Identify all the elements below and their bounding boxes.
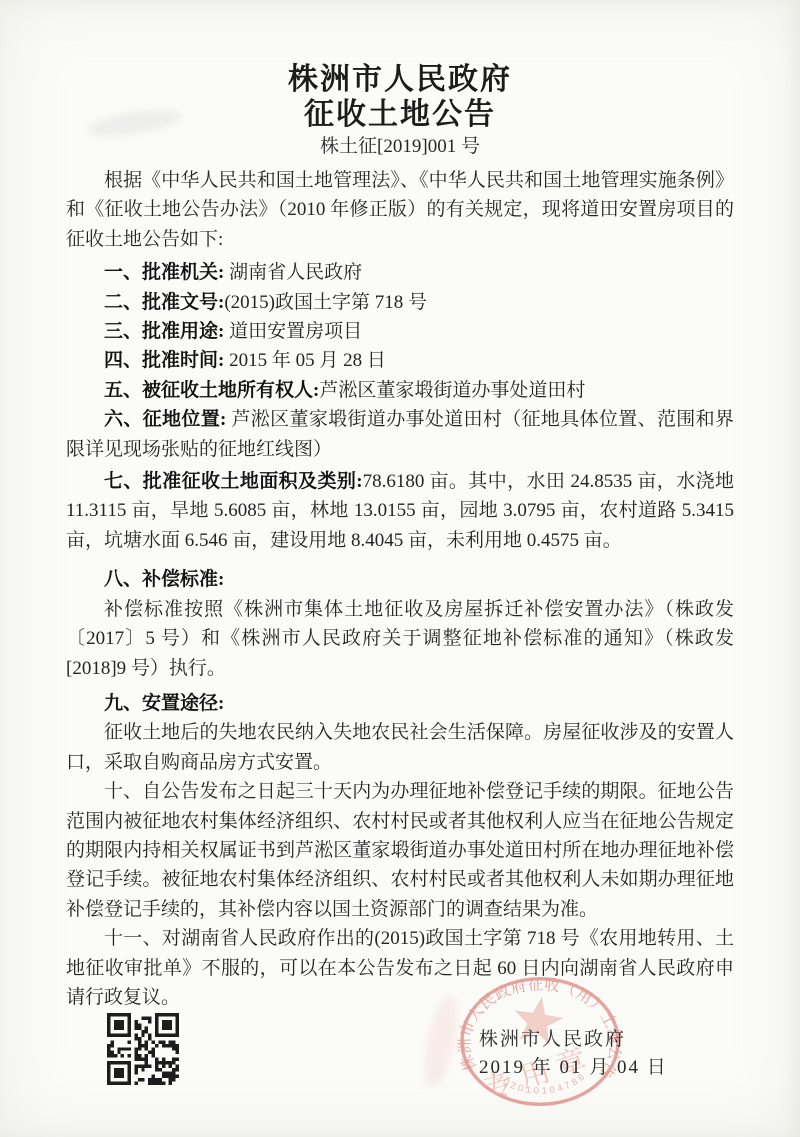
- announcement-item-6: 六、征地位置: 芦淞区董家塅街道办事处道田村（征地具体位置、范围和界限详见现场张…: [66, 405, 734, 464]
- item-label: 七、批准征收土地面积及类别:: [104, 471, 363, 492]
- document-page: 株洲市人民政府 征收土地公告 株土征[2019]001 号 根据《中华人民共和国…: [0, 0, 800, 1137]
- announcement-item-4: 四、批准时间: 2015 年 05 月 28 日: [66, 346, 734, 375]
- intro-paragraph: 根据《中华人民共和国土地管理法》、《中华人民共和国土地管理实施条例》和《征收土地…: [66, 166, 734, 254]
- item-text: 补偿标准按照《株洲市集体土地征收及房屋拆迁补偿安置办法》（株政发〔2017〕5 …: [66, 599, 734, 679]
- item-text: 湖南省人民政府: [229, 262, 362, 283]
- announcement-item-10: 十、自公告发布之日起三十天内为办理征地补偿登记手续的期限。征地公告范围内被征地农…: [66, 777, 734, 924]
- signature-block: 株洲市人民政府 2019 年 01 月 04 日: [479, 1026, 668, 1082]
- document-body: 株洲市人民政府 征收土地公告 株土征[2019]001 号 根据《中华人民共和国…: [66, 0, 734, 1012]
- item-text: 芦淞区董家塅街道办事处道田村: [319, 380, 585, 401]
- announcement-item-5: 五、被征收土地所有权人:芦淞区董家塅街道办事处道田村: [66, 376, 734, 405]
- item-label: 六、征地位置:: [104, 409, 231, 430]
- announcement-item-7: 七、批准征收土地面积及类别:78.6180 亩。其中，水田 24.8535 亩，…: [66, 467, 734, 555]
- item-label: 二、批准文号:: [104, 292, 224, 313]
- item-label: 九、安置途径:: [104, 693, 224, 714]
- item-label: 五、被征收土地所有权人:: [104, 380, 319, 401]
- section-header-9: 九、安置途径:: [66, 689, 734, 718]
- item-text: 道田安置房项目: [229, 321, 362, 342]
- item-text: 十一、对湖南省人民政府作出的(2015)政国土字第 718 号《农用地转用、土地…: [66, 928, 734, 1008]
- announcement-item-1: 一、批准机关: 湖南省人民政府: [66, 258, 734, 287]
- page-title-line1: 株洲市人民政府: [66, 62, 734, 97]
- signature-issuer: 株洲市人民政府: [479, 1026, 668, 1054]
- resettlement-paragraph: 征收土地后的失地农民纳入失地农民社会生活保障。房屋征收涉及的安置人口，采取自购商…: [66, 718, 734, 777]
- doc-number: 株土征[2019]001 号: [66, 134, 734, 160]
- qr-code: [107, 1013, 179, 1085]
- item-label: 一、批准机关:: [104, 262, 229, 283]
- item-label: 八、补偿标准:: [104, 569, 224, 590]
- section-header-8: 八、补偿标准:: [66, 565, 734, 594]
- item-text: 2015 年 05 月 28 日: [229, 350, 386, 371]
- signature-date: 2019 年 01 月 04 日: [479, 1054, 668, 1082]
- compensation-paragraph: 补偿标准按照《株洲市集体土地征收及房屋拆迁补偿安置办法》（株政发〔2017〕5 …: [66, 595, 734, 683]
- item-text: 十、自公告发布之日起三十天内为办理征地补偿登记手续的期限。征地公告范围内被征地农…: [66, 781, 734, 920]
- announcement-item-2: 二、批准文号:(2015)政国土字第 718 号: [66, 288, 734, 317]
- announcement-item-11: 十一、对湖南省人民政府作出的(2015)政国土字第 718 号《农用地转用、土地…: [66, 924, 734, 1012]
- item-text: (2015)政国土字第 718 号: [224, 292, 427, 313]
- announcement-item-3: 三、批准用途: 道田安置房项目: [66, 317, 734, 346]
- item-label: 三、批准用途:: [104, 321, 229, 342]
- item-text: 征收土地后的失地农民纳入失地农民社会生活保障。房屋征收涉及的安置人口，采取自购商…: [66, 722, 734, 772]
- item-label: 四、批准时间:: [104, 350, 229, 371]
